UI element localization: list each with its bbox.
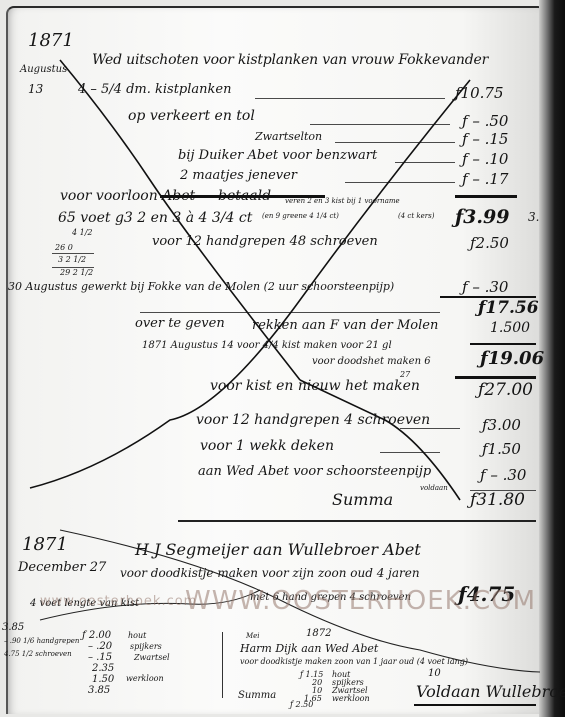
amount-kistplanken: ƒ10.75 [455, 84, 504, 102]
leader-rule [335, 142, 455, 143]
margin-calc-1: 26 0 [55, 243, 73, 252]
entry3-summa-amount: ƒ 2.50 [290, 700, 313, 709]
entry3-line1: Harm Dijk aan Wed Abet [240, 642, 378, 655]
over-te-geven-detail: rekken aan F van der Molen [252, 318, 438, 333]
calc-col2-amount-0: ƒ 2.00 [82, 630, 111, 641]
entry3-year: 1872 [306, 628, 331, 639]
line-kist-nieuw: voor kist en nieuw het maken [210, 378, 420, 394]
entry1-heading: Wed uitschoten voor kistplanken van vrou… [92, 52, 488, 68]
entry3-line2: voor doodkistje maken zoon van 1 jaar ou… [240, 657, 468, 666]
amount-jenever: ƒ – .17 [462, 170, 508, 188]
calc-col1-2: 4.75 1/2 schroeven [4, 650, 72, 658]
calc-col2-label-0: hout [128, 631, 146, 640]
note-veren: veren 2 en 3 kist bij 1 voorname [285, 197, 400, 205]
calc-col2-amount-4: 1.50 [92, 674, 114, 685]
line-schoorsteen: aan Wed Abet voor schoorsteenpijp [198, 464, 431, 479]
entry2-date: December 27 [18, 560, 106, 575]
margin-calc-0: 4 1/2 [72, 228, 93, 237]
amount-schoorsteen: ƒ – .30 [480, 466, 526, 484]
calc-col2-label-4: werkloon [126, 674, 164, 683]
line-jenever: 2 maatjes jenever [180, 168, 297, 183]
column-divider [222, 632, 223, 698]
leader-rule [310, 124, 450, 125]
line-deken: voor 1 wekk deken [200, 438, 334, 454]
summa-label: Summa [332, 490, 393, 509]
section-rule [140, 312, 440, 313]
entry1-year: 1871 [28, 30, 74, 51]
amount-duiker: ƒ – .10 [462, 150, 508, 168]
note-paren: (en 9 greene 4 1/4 ct) [262, 212, 339, 220]
entry3-item-3-label: werkloon [332, 694, 370, 703]
amount-12-handgrepen: ƒ3.00 [482, 416, 521, 434]
line-65-voet: 65 voet g3 2 en 3 à 4 3/4 ct [58, 210, 252, 226]
margin-calc-3: 29 2 1/2 [60, 268, 93, 277]
line-gewerkt: 30 Augustus gewerkt bij Fokke van de Mol… [8, 280, 394, 293]
entry3-summa-label: Summa [238, 690, 276, 701]
line-12-handgrepen: voor 12 handgrepen 4 schroeven [196, 412, 430, 428]
calc-col2-amount-2: – .15 [88, 652, 112, 663]
calc-col2-label-2: Zwartsel [134, 653, 170, 662]
entry3-prefix: Mei [246, 632, 260, 640]
calc-col2-amount-5: 3.85 [88, 685, 110, 696]
calc-col1-1: – .90 1/6 handgrepen [4, 637, 79, 645]
calc-rule [52, 253, 94, 254]
amount-deken: ƒ1.50 [482, 440, 521, 458]
calc-col2-label-1: spijkers [130, 642, 162, 651]
line-duiker: bij Duiker Abet voor benzwart [178, 148, 377, 163]
leader-rule [400, 428, 460, 429]
over-te-geven: over te geven [135, 316, 225, 331]
calc-col1-0: 3.85 [2, 622, 24, 633]
entry2-line1: H J Segmeijer aan Wullebroer Abet [135, 540, 421, 559]
calc-col2-amount-1: – .20 [88, 641, 112, 652]
leader-rule [255, 98, 445, 99]
entry-separator [178, 520, 536, 522]
leader-rule [395, 162, 455, 163]
entry3-top-mark: 10 [428, 668, 441, 679]
amount-handgrepen: ƒ2.50 [470, 234, 509, 252]
signature-underline [414, 704, 536, 706]
line-doodshet: voor doodshet maken 6 [312, 356, 431, 367]
line-1871-aug-14: 1871 Augustus 14 voor 4/4 kist maken voo… [142, 340, 392, 351]
entry1-day: 13 [28, 82, 43, 96]
amount-zwartselton: ƒ – .15 [462, 130, 508, 148]
total-rule [470, 343, 536, 345]
entry2-line2: voor doodkistje maken voor zijn zoon oud… [120, 566, 420, 580]
entry1-month: Augustus [20, 64, 67, 75]
leader-rule [380, 452, 440, 453]
margin-calc-2: 3 2 1/2 [58, 255, 86, 264]
line-zwartselton: Zwartselton [255, 130, 322, 143]
line-verkeert: op verkeert en tol [128, 108, 255, 124]
amount-overflow: 3. [528, 210, 539, 224]
total-rule [455, 376, 536, 379]
subtotal-amount: ƒ17.56 [478, 298, 539, 318]
entry3-signature: Voldaan Wullebroer [416, 682, 565, 701]
amount-kist-nieuw: ƒ27.00 [478, 380, 533, 400]
line-handgrepen: voor 12 handgrepen 48 schroeven [152, 234, 378, 249]
summa-note: voldaan [420, 484, 448, 492]
entry2-year: 1871 [22, 534, 68, 555]
line-kistplanken: 4 – 5/4 dm. kistplanken [78, 82, 231, 97]
strikethrough-amount [455, 195, 517, 198]
leader-rule [345, 182, 455, 183]
amount-gewerkt: ƒ – .30 [462, 278, 508, 296]
watermark-large: WWW.OOSTERHOEK.COM [185, 586, 536, 616]
amount-65-voet: ƒ3.99 [455, 206, 509, 228]
watermark-small: www.oosterhoek.com [40, 594, 197, 609]
amount-doodshet: ƒ19.06 [480, 348, 544, 369]
summa-amount: ƒ31.80 [470, 490, 525, 510]
calc-col2-amount-3: 2.35 [92, 663, 114, 674]
note-paren2: (4 ct kers) [398, 212, 434, 220]
amount-verkeert: ƒ – .50 [462, 112, 508, 130]
over-te-geven-amount: 1.500 [490, 320, 530, 336]
